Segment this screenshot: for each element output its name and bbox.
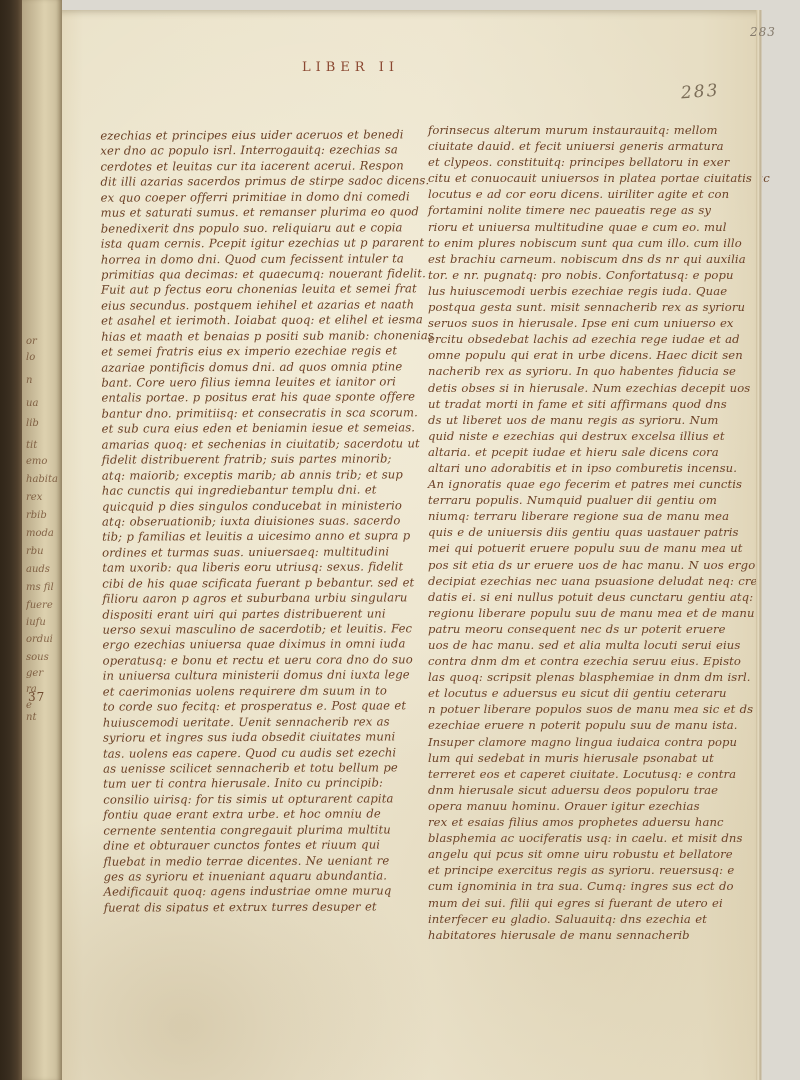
manuscript-line: lus huiuscemodi uerbis ezechiae regis iu… xyxy=(428,283,750,299)
manuscript-line: mei qui potuerit eruere populu suu de ma… xyxy=(428,540,750,556)
manuscript-line: entalis portae. p positus erat his quae … xyxy=(101,390,409,407)
manuscript-line: habitatores hierusale de manu sennacheri… xyxy=(428,927,750,943)
manuscript-line: terraru populis. Numquid pualuer dii gen… xyxy=(428,492,750,508)
manuscript-line: cum ignominia in tra sua. Cumq: ingres s… xyxy=(428,878,750,894)
manuscript-line: hac cunctis qui ingrediebantur templu dn… xyxy=(102,482,410,499)
manuscript-line: rex et esaias filius amos prophetes adue… xyxy=(428,814,750,830)
cutoff-text-fragment: iufu xyxy=(26,617,60,628)
manuscript-line: huiuscemodi ueritate. Uenit sennacherib … xyxy=(103,714,411,731)
manuscript-line: et locutus e aduersus eu sicut dii genti… xyxy=(428,685,750,701)
manuscript-line: rioru et uniuersa multitudine quae e cum… xyxy=(428,219,750,235)
manuscript-line: atq: maiorib; exceptis marib; ab annis t… xyxy=(102,467,410,484)
manuscript-line: dit illi azarias sacerdos primus de stir… xyxy=(100,174,408,191)
manuscript-line: fontiu quae erant extra urbe. et hoc omn… xyxy=(103,807,411,824)
manuscript-line: azariae pontificis domus dni. ad quos om… xyxy=(101,359,409,376)
manuscript-line: contra dnm dm et contra ezechia seruu ei… xyxy=(428,653,750,669)
manuscript-line: fuerat dis sipatus et extrux turres desu… xyxy=(104,899,412,916)
manuscript-line: hias et maath et benaias p positi sub ma… xyxy=(101,328,409,345)
cutoff-text-fragment: or xyxy=(26,336,60,347)
manuscript-line: ezechias et principes eius uider aceruos… xyxy=(100,127,408,144)
manuscript-line: altari uno adorabitis et in ipso combure… xyxy=(428,460,750,476)
manuscript-line: tor. e nr. pugnatq: pro nobis. Confortat… xyxy=(428,267,750,283)
manuscript-line: postqua gesta sunt. misit sennacherib re… xyxy=(428,299,750,315)
manuscript-line: citu et conuocauit uniuersos in platea p… xyxy=(428,170,750,186)
manuscript-line: ista quam cernis. Pcepit igitur ezechias… xyxy=(101,235,409,252)
manuscript-line: consilio uirisq: for tis simis ut optura… xyxy=(103,791,411,808)
manuscript-line: n potuer liberare populos suos de manu m… xyxy=(428,701,750,717)
cutoff-text-fragment: habita xyxy=(26,474,60,485)
manuscript-line: opera manuu hominu. Orauer igitur ezechi… xyxy=(428,798,750,814)
binding-spine xyxy=(0,0,22,1080)
chapter-marker: 37 xyxy=(28,690,45,704)
manuscript-line: patru meoru consequent nec ds ur poterit… xyxy=(428,621,750,637)
manuscript-line: et caerimonias uolens requirere dm suum … xyxy=(103,683,411,700)
manuscript-line: tib; p familias et leuitis a uicesimo an… xyxy=(102,529,410,546)
manuscript-line: atq: obseruationib; iuxta diuisiones sua… xyxy=(102,513,410,530)
manuscript-line: cibi de his quae scificata fuerant p beb… xyxy=(102,575,410,592)
manuscript-line: dnm hierusale sicut aduersu deos populor… xyxy=(428,782,750,798)
folio-number-pencil: 283 xyxy=(750,25,776,39)
manuscript-line: forinsecus alterum murum instaurauitq: m… xyxy=(428,122,750,138)
manuscript-line: benedixerit dns populo suo. reliquiaru a… xyxy=(101,220,409,237)
cutoff-text-fragment: sous xyxy=(26,652,60,663)
manuscript-line: et sub cura eius eden et beniamin iesue … xyxy=(102,421,410,438)
manuscript-line: operatusq: e bonu et rectu et ueru cora … xyxy=(103,652,411,669)
manuscript-line: uerso sexui masculino de sacerdotib; et … xyxy=(102,621,410,638)
manuscript-line: quis e de uniuersis diis gentiu quas uas… xyxy=(428,524,750,540)
manuscript-line: et principe exercitus regis as syrioru. … xyxy=(428,862,750,878)
cutoff-text-fragment: auds xyxy=(26,564,60,575)
cutoff-text-fragment: n xyxy=(26,375,60,386)
manuscript-line: ezechiae eruere n poterit populu suu de … xyxy=(428,717,750,733)
text-column-left: ezechias et principes eius uider aceruos… xyxy=(100,127,411,916)
manuscript-line: quicquid p dies singulos conducebat in m… xyxy=(102,498,410,515)
cutoff-text-fragment: moda xyxy=(26,528,60,539)
manuscript-line: pos sit etia ds ur eruere uos de hac man… xyxy=(428,557,750,573)
manuscript-line: dispositi erant uiri qui partes distribu… xyxy=(102,606,410,623)
manuscript-line: las quoq: scripsit plenas blasphemiae in… xyxy=(428,669,750,685)
manuscript-line: niumq: terraru liberare regione sua de m… xyxy=(428,508,750,524)
cutoff-text-fragment: ua xyxy=(26,398,60,409)
cutoff-text-fragment: ordui xyxy=(26,634,60,645)
manuscript-line: dine et obturauer cunctos fontes et riuu… xyxy=(103,837,411,854)
manuscript-line: ercitu obsedebat lachis ad ezechia rege … xyxy=(428,331,750,347)
manuscript-line: Insuper clamore magno lingua iudaica con… xyxy=(428,734,750,750)
underlying-folio-edge: orlonualibtitemohabitarexrbibmodarbuauds… xyxy=(22,0,62,1080)
manuscript-line: decipiat ezechias nec uana psuasione del… xyxy=(428,573,750,589)
manuscript-line: angelu qui pcus sit omne uiru robustu et… xyxy=(428,846,750,862)
cutoff-text-fragment: nt xyxy=(26,712,60,723)
manuscript-line: xer dno ac populo isrl. Interrogauitq: e… xyxy=(100,143,408,160)
cutoff-text-fragment: rbib xyxy=(26,510,60,521)
manuscript-line: ges as syrioru et inueniant aquaru abund… xyxy=(104,868,412,885)
manuscript-line: omne populu qui erat in urbe dicens. Hae… xyxy=(428,347,750,363)
folio-number-ink: 283 xyxy=(680,81,720,104)
manuscript-line: datis ei. si eni nullus potuit deus cunc… xyxy=(428,589,750,605)
manuscript-line: et clypeos. constituitq: principes bella… xyxy=(428,154,750,170)
manuscript-line: cernente sententia congregauit plurima m… xyxy=(103,822,411,839)
manuscript-line: bantur dno. primitiisq: et consecratis i… xyxy=(101,405,409,422)
running-title: LIBER II xyxy=(302,60,399,75)
manuscript-line: eius secundus. postquem iehihel et azari… xyxy=(101,297,409,314)
text-column-right: forinsecus alterum murum instaurauitq: m… xyxy=(428,122,750,943)
manuscript-line: quid niste e ezechias qui destrux excels… xyxy=(428,428,750,444)
manuscript-line: ordines et turmas suas. uniuersaeq: mult… xyxy=(102,544,410,561)
manuscript-line: An ignoratis quae ego fecerim et patres … xyxy=(428,476,750,492)
manuscript-line: nacherib rex as syrioru. In quo habentes… xyxy=(428,363,750,379)
cutoff-text-fragment: tit xyxy=(26,440,60,451)
manuscript-line: syrioru et ingres sus iuda obsedit ciuit… xyxy=(103,729,411,746)
manuscript-line: ds ut liberet uos de manu regis as syrio… xyxy=(428,412,750,428)
manuscript-line: mum dei sui. filii qui egres si fuerant … xyxy=(428,895,750,911)
manuscript-line: ex quo coeper offerri primitiae in domo … xyxy=(101,189,409,206)
manuscript-line: Aedificauit quoq: agens industriae omne … xyxy=(104,884,412,901)
manuscript-line: tas. uolens eas capere. Quod cu audis se… xyxy=(103,745,411,762)
cutoff-text-fragment: fuere xyxy=(26,600,60,611)
manuscript-line: bant. Core uero filius iemna leuites et … xyxy=(101,374,409,391)
parchment-page: LIBER II 283 ezechias et principes eius … xyxy=(40,10,758,1080)
manuscript-line: fluebat in medio terrae dicentes. Ne uen… xyxy=(103,853,411,870)
cutoff-text-fragment: lo xyxy=(26,352,60,363)
manuscript-line: mus et saturati sumus. et remanser pluri… xyxy=(101,205,409,222)
manuscript-line: to corde suo fecitq: et prosperatus e. P… xyxy=(103,699,411,716)
manuscript-line: et asahel et ierimoth. Ioiabat quoq: et … xyxy=(101,313,409,330)
manuscript-line: ciuitate dauid. et fecit uniuersi generi… xyxy=(428,138,750,154)
manuscript-line: est brachiu carneum. nobiscum dns ds nr … xyxy=(428,251,750,267)
cutoff-text-fragment: rbu xyxy=(26,546,60,557)
manuscript-line: ergo ezechias uniuersa quae diximus in o… xyxy=(103,637,411,654)
manuscript-line: fortamini nolite timere nec paueatis reg… xyxy=(428,202,750,218)
manuscript-line: locutus e ad cor eoru dicens. uiriliter … xyxy=(428,186,750,202)
manuscript-line: regionu liberare populu suu de manu mea … xyxy=(428,605,750,621)
manuscript-line: interfecer eu gladio. Saluauitq: dns eze… xyxy=(428,911,750,927)
cutoff-text-fragment: ms fil xyxy=(26,582,60,593)
manuscript-line: tum uer ti contra hierusale. Inito cu pr… xyxy=(103,776,411,793)
manuscript-line: terreret eos et caperet ciuitate. Locutu… xyxy=(428,766,750,782)
cutoff-text-fragment: ger xyxy=(26,668,60,679)
manuscript-line: cerdotes et leuitas cur ita iacerent ace… xyxy=(100,158,408,175)
manuscript-line: primitias qua decimas: et quaecumq: noue… xyxy=(101,266,409,283)
manuscript-line: filioru aaron p agros et suburbana urbiu… xyxy=(102,590,410,607)
manuscript-line: lum qui sedebat in muris hierusale psona… xyxy=(428,750,750,766)
manuscript-line: amarias quoq: et sechenias in ciuitatib;… xyxy=(102,436,410,453)
manuscript-line: in uniuersa cultura ministerii domus dni… xyxy=(103,668,411,685)
manuscript-line: et semei fratris eius ex imperio ezechia… xyxy=(101,343,409,360)
cutoff-text-fragment: emo xyxy=(26,456,60,467)
manuscript-line: uos de hac manu. sed et alia multa locut… xyxy=(428,637,750,653)
page-edge-stack xyxy=(756,10,762,1080)
manuscript-line: seruos suos in hierusale. Ipse eni cum u… xyxy=(428,315,750,331)
cutoff-text-fragment: rex xyxy=(26,492,60,503)
manuscript-line: Fuit aut p fectus eoru chonenias leuita … xyxy=(101,282,409,299)
manuscript-line: to enim plures nobiscum sunt qua cum ill… xyxy=(428,235,750,251)
manuscript-line: horrea in domo dni. Quod cum fecissent i… xyxy=(101,251,409,268)
cutoff-text-fragment: lib xyxy=(26,418,60,429)
manuscript-line: fidelit distribuerent fratrib; suis part… xyxy=(102,452,410,469)
manuscript-line: detis obses si in hierusale. Num ezechia… xyxy=(428,380,750,396)
manuscript-line: as uenisse scilicet sennacherib et totu … xyxy=(103,760,411,777)
manuscript-photo: LIBER II 283 ezechias et principes eius … xyxy=(0,0,800,1080)
manuscript-line: altaria. et pcepit iudae et hieru sale d… xyxy=(428,444,750,460)
manuscript-line: blasphemia ac uociferatis usq: in caelu.… xyxy=(428,830,750,846)
manuscript-line: tam uxorib: qua liberis eoru utriusq: se… xyxy=(102,560,410,577)
manuscript-line: ut tradat morti in fame et siti affirman… xyxy=(428,396,750,412)
